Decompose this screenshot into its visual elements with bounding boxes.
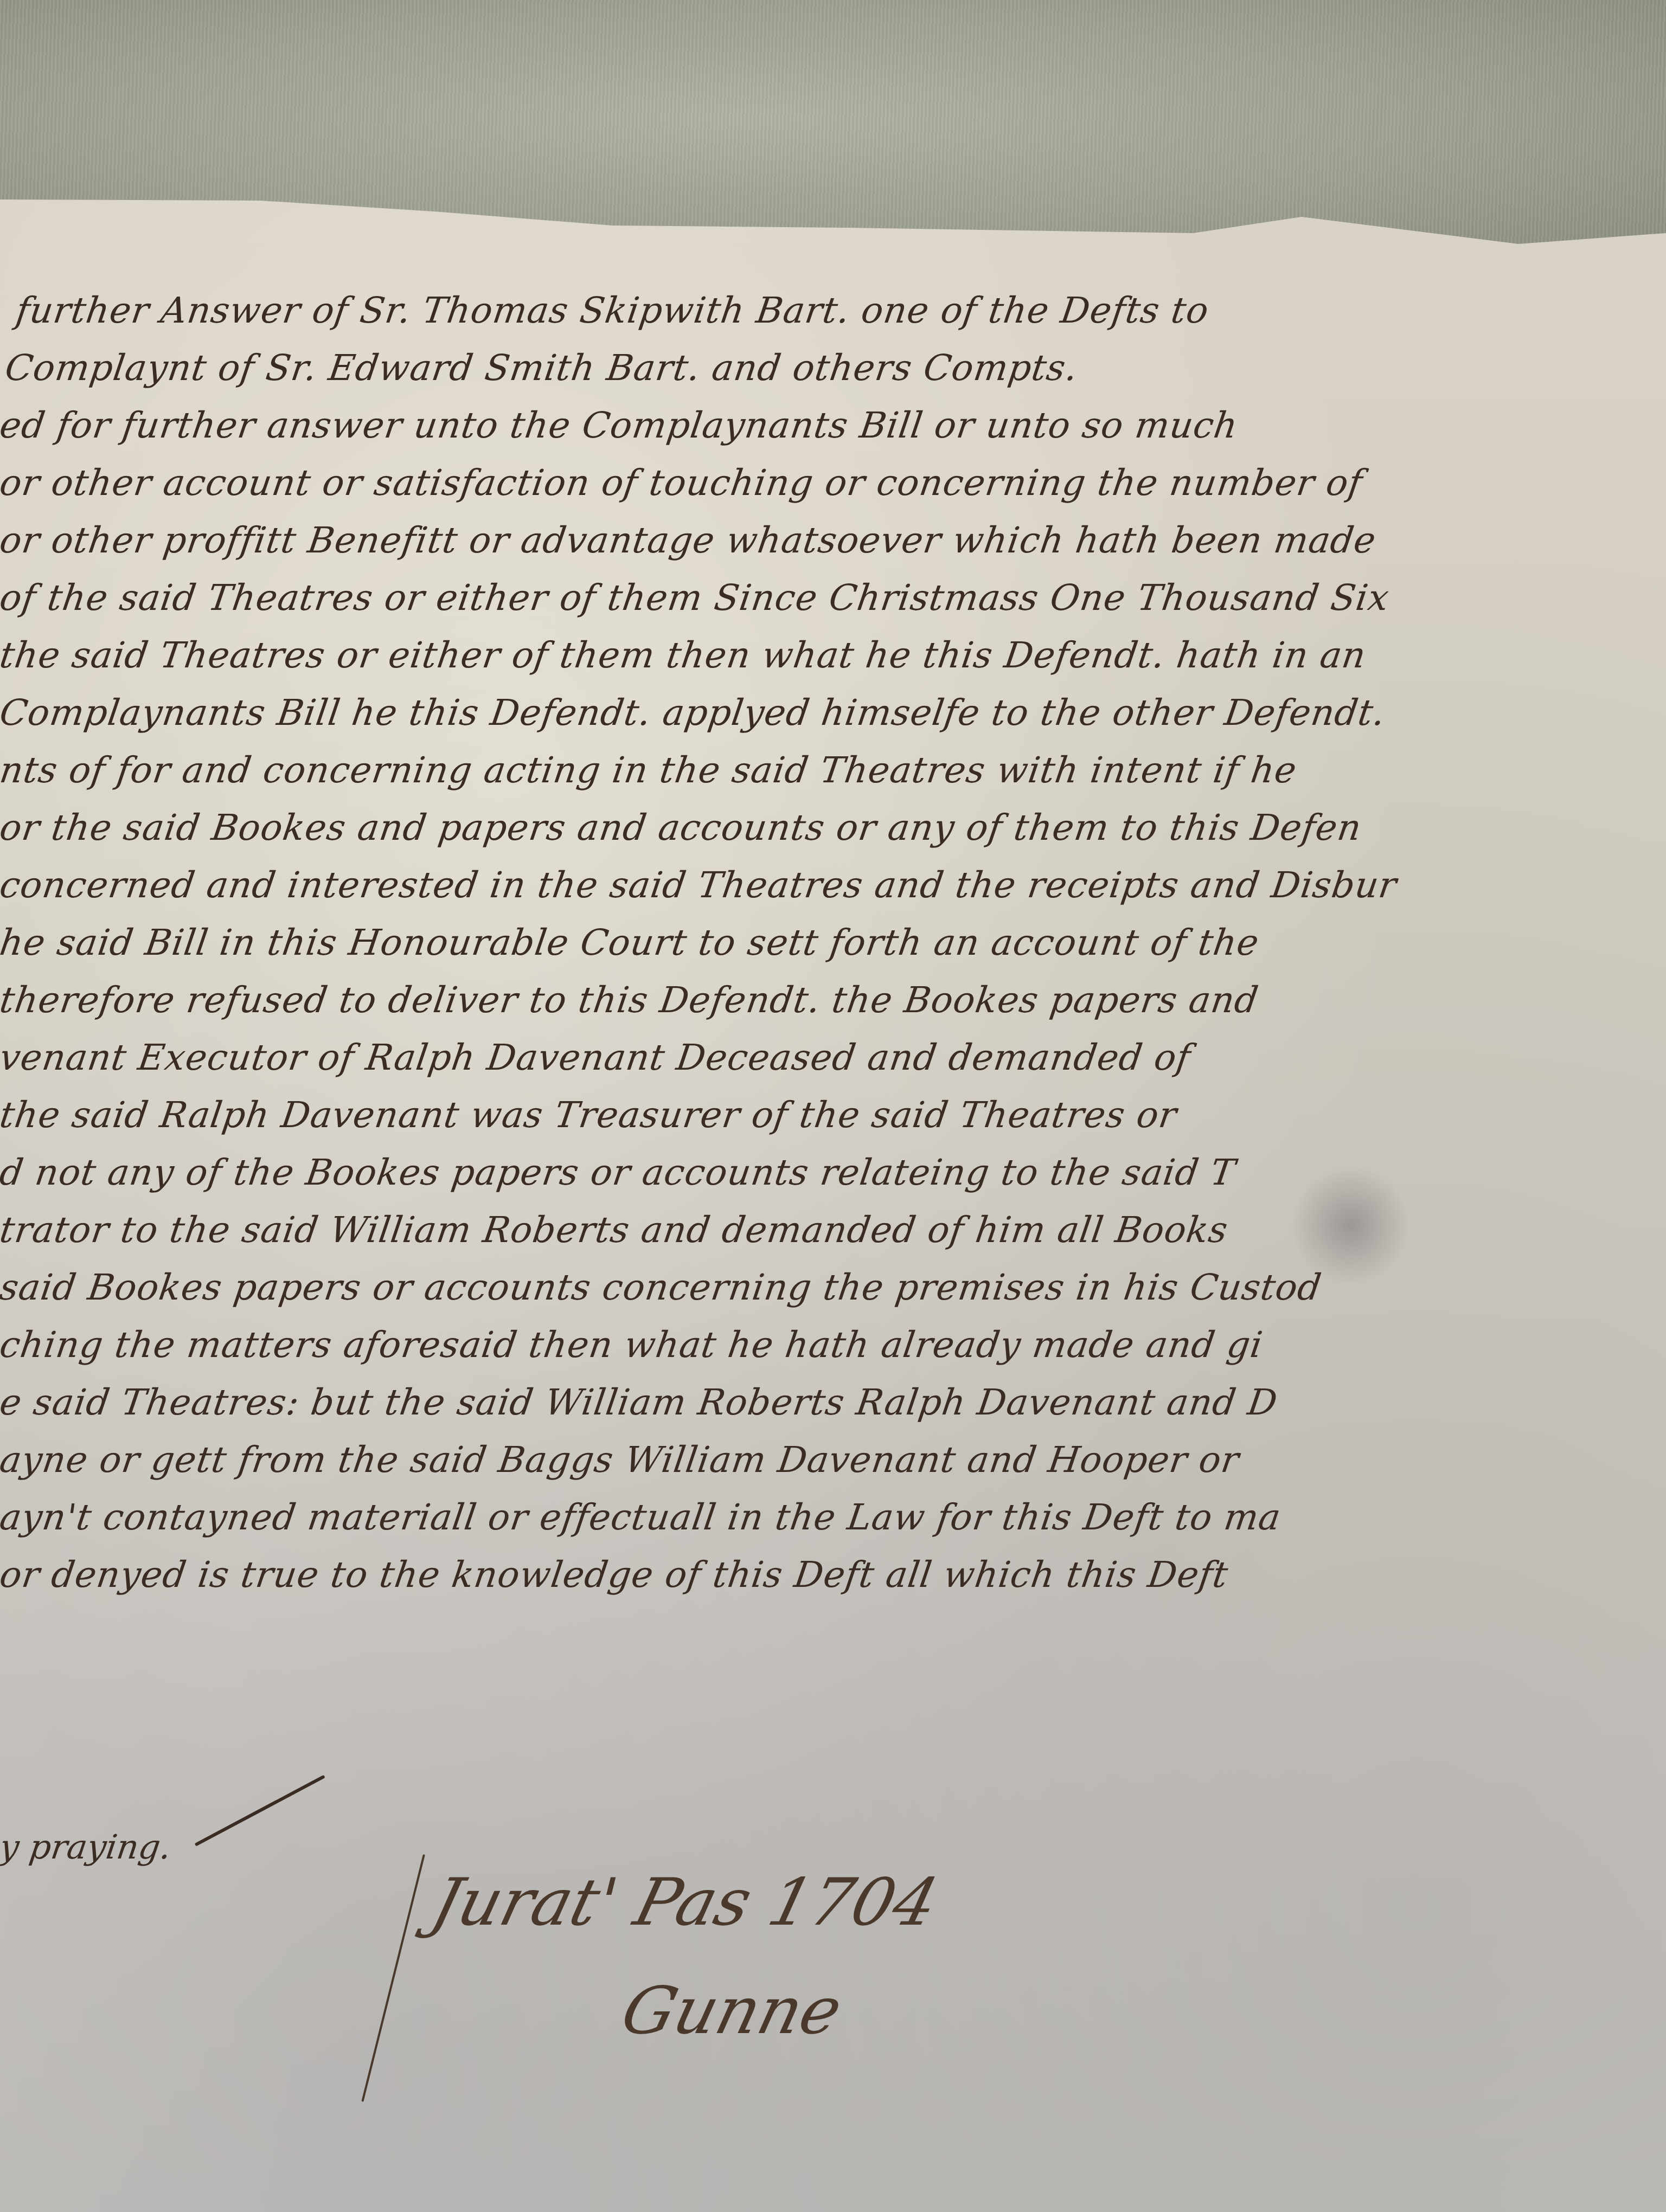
- manuscript-line: trator to the said William Roberts and d…: [0, 1201, 1666, 1259]
- signatory-name: Gunne: [614, 1973, 849, 2049]
- manuscript-line: Complaynt of Sr. Edward Smith Bart. and …: [0, 339, 1666, 397]
- manuscript-line: Complaynants Bill he this Defendt. apply…: [0, 684, 1666, 742]
- manuscript-line: ayne or gett from the said Baggs William…: [0, 1431, 1666, 1489]
- manuscript-line: further Answer of Sr. Thomas Skipwith Ba…: [0, 282, 1666, 339]
- manuscript-line: or other account or satisfaction of touc…: [0, 454, 1666, 512]
- jurat-signature: Jurat' Pas 1704: [425, 1865, 945, 1940]
- manuscript-line: the said Ralph Davenant was Treasurer of…: [0, 1086, 1666, 1144]
- manuscript-line: venant Executor of Ralph Davenant Deceas…: [0, 1029, 1666, 1086]
- manuscript-line: concerned and interested in the said The…: [0, 857, 1666, 914]
- manuscript-line: therefore refused to deliver to this Def…: [0, 972, 1666, 1029]
- closing-text: y praying.: [0, 1827, 174, 1867]
- manuscript-line: or other proffitt Benefitt or advantage …: [0, 512, 1666, 569]
- manuscript-line: or the said Bookes and papers and accoun…: [0, 799, 1666, 857]
- manuscript-line: the said Theatres or either of them then…: [0, 627, 1666, 684]
- manuscript-line: e said Theatres: but the said William Ro…: [0, 1374, 1666, 1431]
- manuscript-line: ed for further answer unto the Complayna…: [0, 397, 1666, 454]
- manuscript-line: nts of for and concerning acting in the …: [0, 742, 1666, 799]
- manuscript-line: ayn't contayned materiall or effectuall …: [0, 1489, 1666, 1546]
- manuscript-line: of the said Theatres or either of them S…: [0, 569, 1666, 627]
- manuscript-line: d not any of the Bookes papers or accoun…: [0, 1144, 1666, 1201]
- manuscript-line: said Bookes papers or accounts concernin…: [0, 1259, 1666, 1316]
- manuscript-line: he said Bill in this Honourable Court to…: [0, 914, 1666, 972]
- manuscript-line: ching the matters aforesaid then what he…: [0, 1316, 1666, 1374]
- manuscript-line: or denyed is true to the knowledge of th…: [0, 1546, 1666, 1604]
- manuscript-text: further Answer of Sr. Thomas Skipwith Ba…: [0, 282, 1666, 1604]
